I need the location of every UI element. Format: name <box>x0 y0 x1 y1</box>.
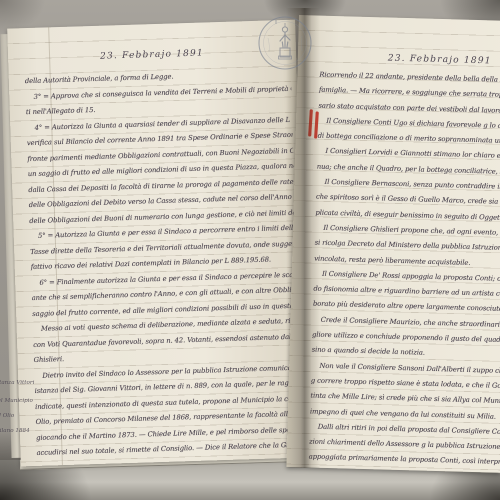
manuscript-photo: 23. Febbrajo 1891 della Autorità Provinc… <box>0 0 500 500</box>
margin-note: del Municipio <box>0 398 40 404</box>
right-page-date: 23. Febbrajo 1891 <box>388 53 492 66</box>
left-page: 23. Febbrajo 1891 della Autorità Provinc… <box>7 20 309 467</box>
margin-note: Istanza Vittori <box>0 380 40 386</box>
margin-note: ad Olio <box>0 413 40 419</box>
archive-stamp-icon <box>256 14 314 72</box>
right-page: 23. Febbrajo 1891 Ricorrendo il 22 andan… <box>286 15 500 473</box>
red-check-mark-1 <box>308 109 312 136</box>
right-page-text: Ricorrendo il 22 andante, presidente del… <box>308 68 500 473</box>
margin-note: Milano 1884 <box>0 428 40 434</box>
left-page-text: della Autorità Provinciale, a forma di L… <box>25 66 303 460</box>
left-page-date: 23. Febbrajo 1891 <box>100 48 204 61</box>
